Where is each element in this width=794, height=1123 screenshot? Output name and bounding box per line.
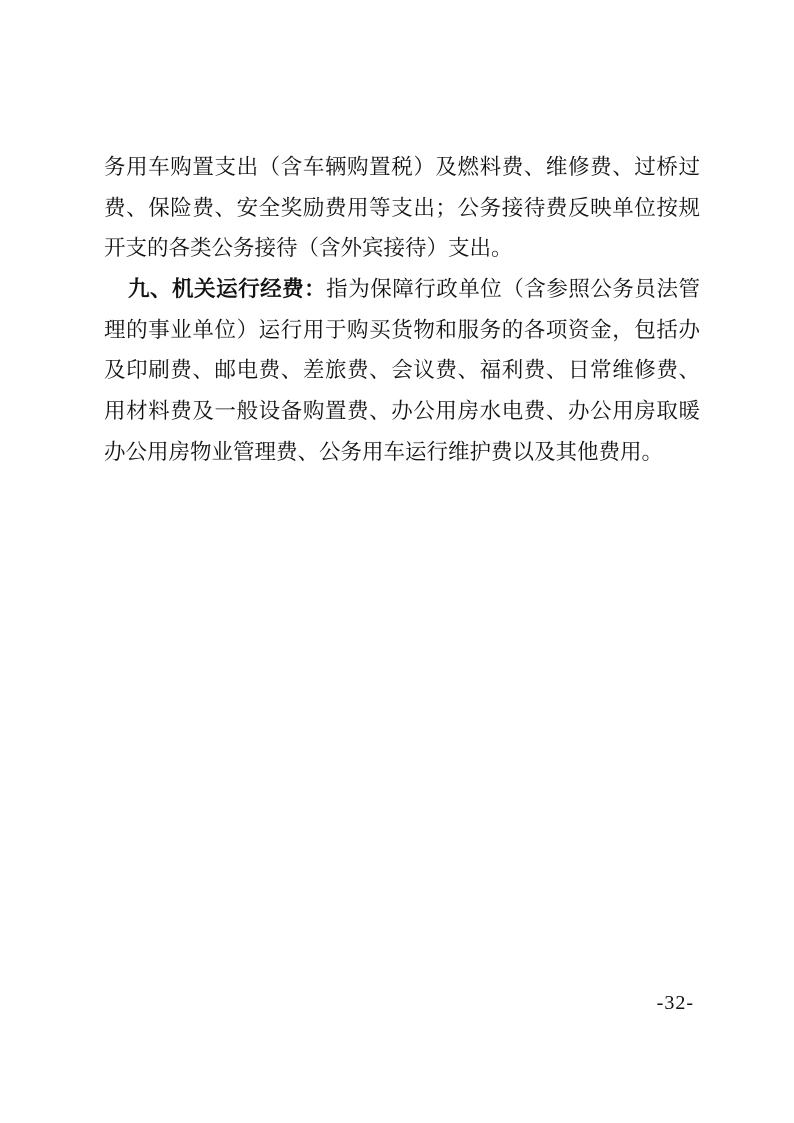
paragraph-text: 开支的各类公务接待（含外宾接待）支出。 xyxy=(104,236,513,260)
paragraph-text: 指为保障行政单位（含参照公务员法管 xyxy=(326,277,700,301)
paragraph-text: 及印刷费、邮电费、差旅费、会议费、福利费、日常维修费、专 xyxy=(104,358,700,391)
paragraph-text: 务用车购置支出（含车辆购置税）及燃料费、维修费、过桥过路 xyxy=(104,155,700,188)
text-line: 九、机关运行经费：指为保障行政单位（含参照公务员法管 xyxy=(104,269,700,310)
paragraph-official-vehicle-and-reception-expenses: 务用车购置支出（含车辆购置税）及燃料费、维修费、过桥过路费、保险费、安全奖励费用… xyxy=(104,147,700,269)
text-line: 务用车购置支出（含车辆购置税）及燃料费、维修费、过桥过路 xyxy=(104,147,700,188)
text-line: 开支的各类公务接待（含外宾接待）支出。 xyxy=(104,228,700,269)
text-line: 及印刷费、邮电费、差旅费、会议费、福利费、日常维修费、专 xyxy=(104,350,700,391)
text-line: 费、保险费、安全奖励费用等支出；公务接待费反映单位按规定 xyxy=(104,188,700,229)
paragraph-text: 办公用房物业管理费、公务用车运行维护费以及其他费用。 xyxy=(104,440,663,464)
paragraph-lead-bold: 九、机关运行经费： xyxy=(128,277,326,301)
text-line: 办公用房物业管理费、公务用车运行维护费以及其他费用。 xyxy=(104,432,700,473)
text-line: 理的事业单位）运行用于购买货物和服务的各项资金，包括办公 xyxy=(104,310,700,351)
paragraph-text: 用材料费及一般设备购置费、办公用房水电费、办公用房取暖费、 xyxy=(104,399,700,432)
document-page: 务用车购置支出（含车辆购置税）及燃料费、维修费、过桥过路费、保险费、安全奖励费用… xyxy=(0,0,794,1123)
document-body: 务用车购置支出（含车辆购置税）及燃料费、维修费、过桥过路费、保险费、安全奖励费用… xyxy=(104,147,700,473)
paragraph-agency-operating-expenses: 九、机关运行经费：指为保障行政单位（含参照公务员法管理的事业单位）运行用于购买货… xyxy=(104,269,700,472)
paragraph-text: 理的事业单位）运行用于购买货物和服务的各项资金，包括办公 xyxy=(104,318,700,351)
paragraph-text: 费、保险费、安全奖励费用等支出；公务接待费反映单位按规定 xyxy=(104,196,700,229)
text-line: 用材料费及一般设备购置费、办公用房水电费、办公用房取暖费、 xyxy=(104,391,700,432)
page-number: -32- xyxy=(657,992,694,1015)
